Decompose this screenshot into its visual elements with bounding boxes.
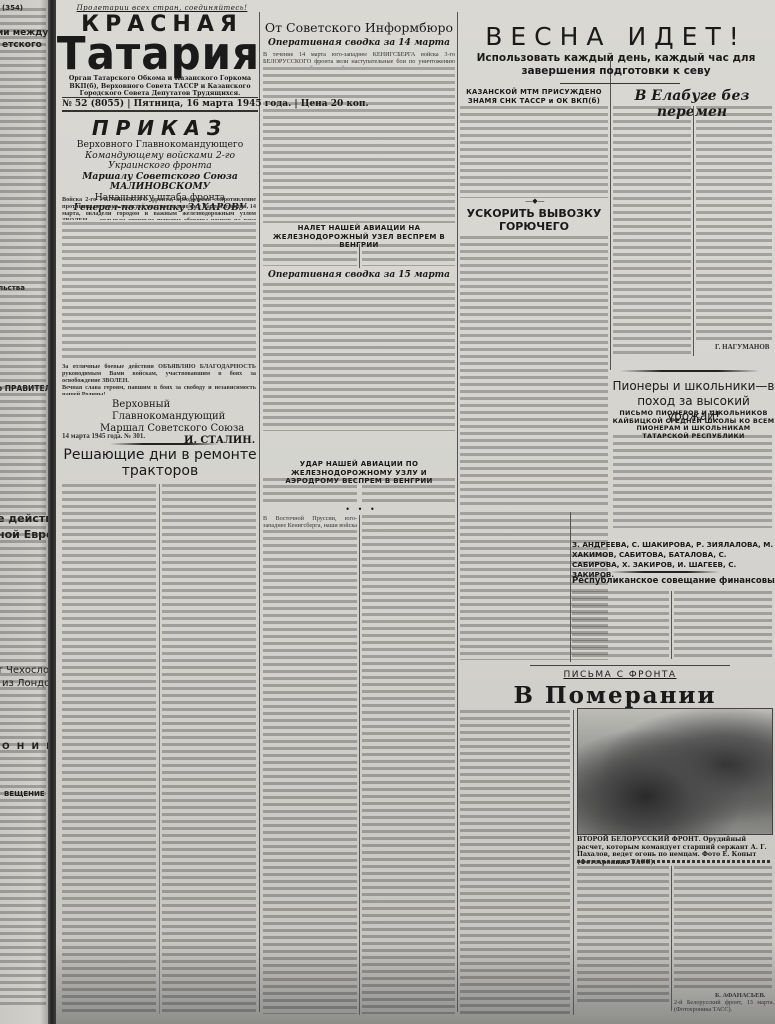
prikaz-closing-line: За отличные боевые действия ОБЪЯВЛЯЮ БЛА…: [62, 363, 256, 384]
column-rule: [457, 12, 458, 1012]
prev-page-text-block: [0, 8, 46, 1008]
pomerania-text-col3: [674, 866, 772, 990]
pomerania-dateline: 2-й Белорусский фронт, 13 марта. (Фотохр…: [674, 999, 774, 1015]
uskorit-headline: УСКОРИТЬ ВЫВОЗКУ ГОРЮЧЕГО: [460, 207, 608, 233]
report1-lead: В течение 14 марта юго-западнее КЕНИГСБЕ…: [263, 51, 455, 67]
divider: [560, 83, 680, 84]
column-rule: [671, 591, 672, 659]
east-prussia-col1: [263, 530, 357, 1014]
pomerania-text-col1: [460, 710, 570, 1014]
spring-subheadline: Использовать каждый день, каждый час для…: [470, 52, 762, 78]
prev-page-heading: О Н И К А: [2, 742, 50, 752]
issue-line: № 52 (8055) | Пятница, 16 марта 1945 год…: [62, 97, 258, 112]
elabuga-col1: [613, 106, 691, 354]
tractors-text-col1: [62, 484, 156, 1014]
divider: [530, 665, 730, 666]
signature-line: Верховный Главнокомандующий: [100, 399, 260, 423]
ornament-rule: [110, 443, 220, 445]
award-text: [460, 106, 608, 198]
column-rule: [610, 60, 611, 370]
masthead-organ: Орган Татарского Обкома и Казанского Гор…: [62, 75, 258, 98]
ornament-diamond: —◆—: [515, 197, 555, 205]
uskorit-text: [460, 236, 608, 506]
tractors-headline: Решающие дни в ремонте тракторов: [60, 447, 260, 479]
elabuga-author: Г. НАГУМАНОВ: [715, 344, 775, 351]
elabuga-col2: [696, 106, 772, 342]
separator-dots: • • •: [330, 505, 390, 514]
column-rule: [693, 106, 694, 356]
report2-body: [263, 283, 455, 431]
prev-page-heading: из Лондона: [2, 678, 50, 689]
prikaz-closing-line: Вечная слава героям, павшим в боях за св…: [62, 384, 256, 395]
east-prussia-col2: [362, 515, 455, 1014]
report1-title: Оперативная сводка за 14 марта: [262, 38, 456, 48]
pioneers-signatories: З. АНДРЕЕВА, С. ШАКИРОВА, Р. ЗИЯЛАЛОВА, …: [572, 540, 775, 580]
column-rule: [159, 484, 160, 1014]
subhead2-text-right: [362, 478, 455, 504]
finance-col1: [572, 591, 669, 657]
prikaz-body-text: [62, 222, 256, 360]
column-rule: [570, 512, 571, 662]
pomerania-headline: В Померании: [480, 682, 750, 709]
masthead-motto: Пролетарии всех стран, соединяйтесь!: [62, 4, 262, 12]
subhead2-text-left: [263, 478, 357, 504]
column-rule: [573, 710, 574, 1015]
prev-page-heading: етского: [2, 40, 42, 50]
subhead1-text-right: [362, 244, 455, 266]
prev-page-heading: ной Европе: [0, 528, 50, 541]
sovinformburo-title: От Советского Информбюро: [262, 20, 456, 35]
prikaz-lead: Войска 2-го УКРАИНСКОГО фронта, преодоле…: [62, 196, 256, 220]
prikaz-addressee-line: Маршалу Советского Союза МАЛИНОВСКОМУ: [60, 172, 260, 193]
finance-headline: Республиканское совещание финансовых раб…: [572, 576, 775, 586]
tractors-text-col2: [162, 484, 256, 1014]
subhead1-text-left: [263, 244, 357, 266]
report1-body: [263, 67, 455, 223]
column-rule: [359, 515, 360, 1015]
prikaz-closing: За отличные боевые действия ОБЪЯВЛЯЮ БЛА…: [62, 363, 256, 395]
prev-page-heading: ВЕЩЕНИЕ: [4, 790, 45, 798]
pomerania-text-col2: [577, 866, 669, 1006]
prev-page-heading: ии между: [0, 28, 48, 38]
masthead-title-line2: Татария: [56, 32, 261, 75]
prev-page-fragment: (354): [2, 4, 23, 12]
award-banner: КАЗАНСКОЙ МТМ ПРИСУЖДЕНО ЗНАМЯ СНК ТАССР…: [460, 88, 608, 105]
east-prussia-lead: В Восточной Пруссии, юго-западнее Кенигс…: [263, 515, 357, 529]
pioneers-letter-text: [613, 435, 772, 528]
previous-page-strip: (354) ии между етского льства о ПРАВИТЕЛ…: [0, 0, 50, 1024]
tractors-headline-line: тракторов: [60, 463, 260, 479]
prikaz-title: ПРИКАЗ: [62, 116, 258, 140]
front-letters-rubric: ПИСЬМА С ФРОНТА: [560, 670, 680, 680]
prikaz-addressee-line: Командующему войсками 2-го Украинского ф…: [60, 151, 260, 172]
tractors-headline-line: Решающие дни в ремонте: [60, 447, 260, 463]
wavy-rule: [577, 860, 771, 863]
prev-page-heading: е действия: [0, 512, 50, 525]
prev-page-heading: льства: [0, 284, 25, 292]
prev-page-heading: т Чехословак: [0, 665, 50, 676]
ornament-rule: [620, 370, 760, 372]
prev-page-heading: о ПРАВИТЕЛЬСТВА: [0, 384, 50, 393]
column-rule: [359, 244, 360, 268]
prikaz-date: 14 марта 1945 года. № 301.: [62, 433, 182, 440]
spring-headline: ВЕСНА ИДЕТ!: [460, 22, 772, 51]
ornament-rule: [610, 571, 720, 573]
report2-title: Оперативная сводка за 15 марта: [262, 270, 456, 280]
column-rule: [671, 866, 672, 1011]
war-photo: [577, 708, 773, 835]
finance-col2: [674, 591, 772, 657]
prikaz-addressee-line: Верховного Главнокомандующего: [60, 140, 260, 151]
